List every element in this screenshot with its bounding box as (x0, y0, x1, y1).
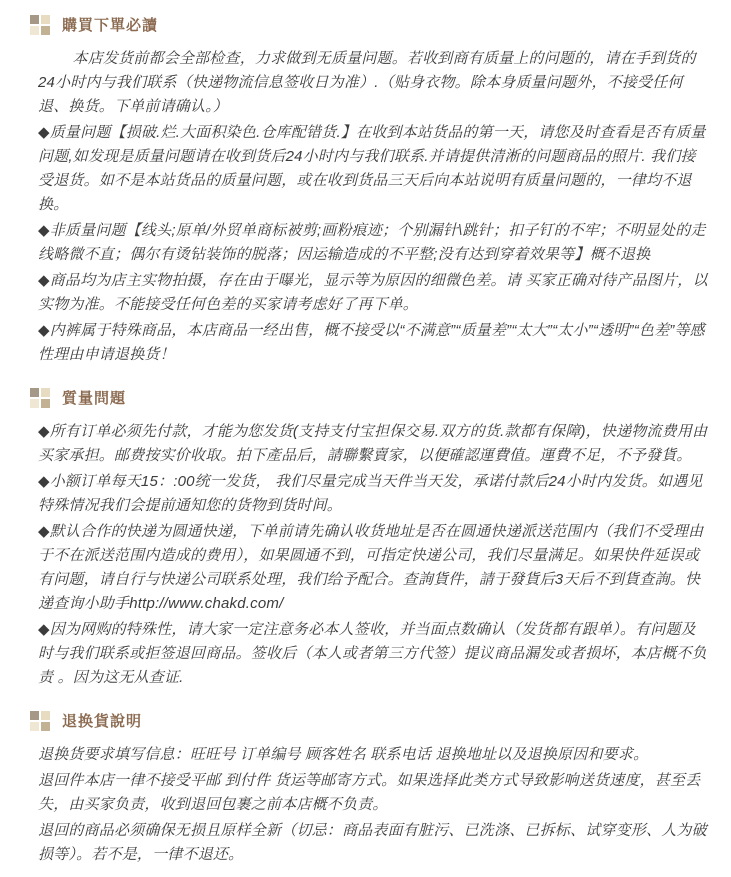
paragraph-quality-issue: ◆质量问题【损破.烂.大面积染色.仓库配错货.】在收到本站货品的第一天，请您及时… (38, 121, 709, 217)
paragraph-non-quality-issue: ◆非质量问题【线头;原单/外贸单商标被剪;画粉痕迹；个别漏针\跳针；扣子钉的不牢… (38, 219, 709, 267)
paragraph-courier-policy: ◆默认合作的快递为圆通快递，下单前请先确认收货地址是否在圆通快递派送范围内（我们… (38, 520, 709, 616)
section-title-buying-notes: 購買下單必讀 (62, 14, 158, 35)
paragraph-return-shipping-method: 退回件本店一律不接受平邮 到付件 货运等邮寄方式。如果选择此类方式导致影响送货速… (38, 769, 709, 817)
grid-squares-icon (30, 388, 50, 408)
section-header-buying-notes: 購買下單必讀 (30, 14, 709, 35)
paragraph-payment-first: ◆所有订单必须先付款，才能为您发货(支持支付宝担保交易.双方的货.款都有保障)，… (38, 420, 709, 468)
paragraph-sign-in-person: ◆因为网购的特殊性，请大家一定注意务必本人签收，并当面点数确认（发货都有跟单）。… (38, 618, 709, 690)
paragraph-color-difference: ◆商品均为店主实物拍摄，存在由于曝光，显示等为原因的细微色差。请 买家正确对待产… (38, 269, 709, 317)
paragraph-special-goods: ◆内裤属于特殊商品，本店商品一经出售，概不接受以“不满意”“质量差”“太大”“太… (38, 319, 709, 367)
grid-squares-icon (30, 711, 50, 731)
section-returns: 退换貨說明 退换货要求填写信息：旺旺号 订单编号 顾客姓名 联系电话 退换地址以… (38, 710, 709, 867)
section-header-quality: 質量問題 (30, 387, 709, 408)
section-quality: 質量問題 ◆所有订单必须先付款，才能为您发货(支持支付宝担保交易.双方的货.款都… (38, 387, 709, 690)
seller-notice-page: 購買下單必讀 本店发货前都会全部检查，力求做到无质量问题。若收到商有质量上的问题… (0, 0, 731, 867)
paragraph-inspection-policy: 本店发货前都会全部检查，力求做到无质量问题。若收到商有质量上的问题的，请在手到货… (38, 47, 709, 119)
section-header-returns: 退换貨說明 (30, 710, 709, 731)
section-title-returns: 退换貨說明 (62, 710, 142, 731)
paragraph-shipping-time: ◆小额订单每天15：:00统一发货， 我们尽量完成当天件当天发，承诺付款后24小… (38, 470, 709, 518)
section-title-quality: 質量問題 (62, 387, 126, 408)
paragraph-return-condition: 退回的商品必须确保无损且原样全新（切忌：商品表面有脏污、已洗涤、已拆标、试穿变形… (38, 819, 709, 867)
paragraph-return-info-required: 退换货要求填写信息：旺旺号 订单编号 顾客姓名 联系电话 退换地址以及退换原因和… (38, 743, 709, 767)
grid-squares-icon (30, 15, 50, 35)
section-buying-notes: 購買下單必讀 本店发货前都会全部检查，力求做到无质量问题。若收到商有质量上的问题… (38, 14, 709, 367)
